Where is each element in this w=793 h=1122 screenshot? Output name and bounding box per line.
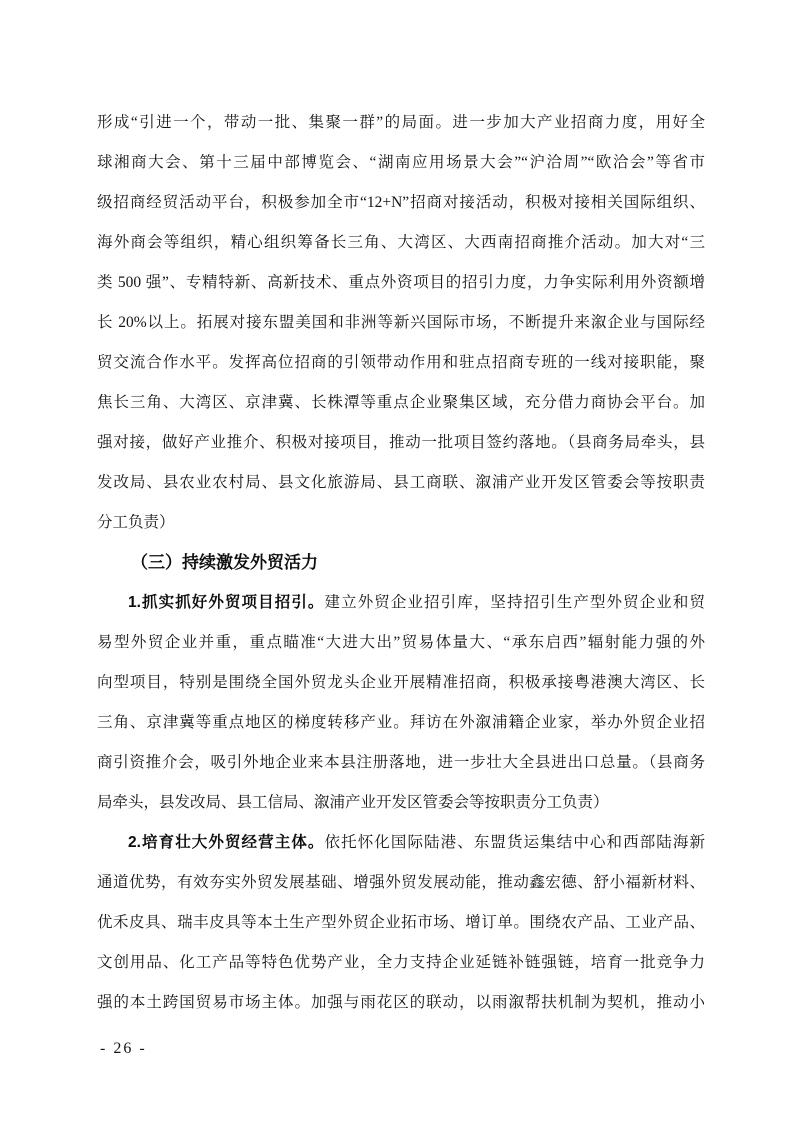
text-line: 类 500 强”、专精特新、高新技术、重点外资项目的招引力度，力争实际利用外资额… [97, 263, 705, 303]
text-line: 形成“引进一个，带动一批、集聚一群”的局面。进一步加大产业招商力度，用好全 [97, 103, 705, 143]
item1-first-line-rest: 建立外贸企业招引库，坚持招引生产型外贸企业和贸 [325, 594, 705, 611]
text-line: 发改局、县农业农村局、县文化旅游局、县工商联、溆浦产业开发区管委会等按职责 [97, 463, 705, 503]
text-line: 强对接，做好产业推介、积极对接项目，推动一批项目签约落地。（县商务局牵头，县 [97, 423, 705, 463]
text-line: 向型项目，特别是围绕全国外贸龙头企业开展精准招商，积极承接粤港澳大湾区、长 [97, 663, 705, 703]
page-body-text: 形成“引进一个，带动一批、集聚一群”的局面。进一步加大产业招商力度，用好全 球湘… [97, 103, 705, 1023]
text-line: 2.培育壮大外贸经营主体。依托怀化国际陆港、东盟货运集结中心和西部陆海新 [97, 823, 705, 863]
text-line: 分工负责） [97, 503, 705, 543]
text-line: 海外商会等组织，精心组织筹备长三角、大湾区、大西南招商推介活动。加大对“三 [97, 223, 705, 263]
section-heading: （三）持续激发外贸活力 [97, 543, 705, 583]
document-page: 形成“引进一个，带动一批、集聚一群”的局面。进一步加大产业招商力度，用好全 球湘… [0, 0, 793, 1122]
item2-lead-bold: 2.培育壮大外贸经营主体。 [128, 834, 325, 851]
item2-first-line-rest: 依托怀化国际陆港、东盟货运集结中心和西部陆海新 [325, 834, 705, 851]
text-line: 焦长三角、大湾区、京津冀、长株潭等重点企业聚集区域，充分借力商协会平台。加 [97, 383, 705, 423]
text-line: 局牵头，县发改局、县工信局、溆浦产业开发区管委会等按职责分工负责） [97, 783, 705, 823]
text-line: 强的本土跨国贸易市场主体。加强与雨花区的联动，以雨溆帮扶机制为契机，推动小 [97, 983, 705, 1023]
text-line: 商引资推介会，吸引外地企业来本县注册落地，进一步壮大全县进出口总量。（县商务 [97, 743, 705, 783]
text-line: 贸交流合作水平。发挥高位招商的引领带动作用和驻点招商专班的一线对接职能，聚 [97, 343, 705, 383]
text-line: 1.抓实抓好外贸项目招引。建立外贸企业招引库，坚持招引生产型外贸企业和贸 [97, 583, 705, 623]
text-line: 易型外贸企业并重，重点瞄准“大进大出”贸易体量大、“承东启西”辐射能力强的外 [97, 623, 705, 663]
text-line: 通道优势，有效夯实外贸发展基础、增强外贸发展动能，推动鑫宏德、舒小福新材料、 [97, 863, 705, 903]
text-line: 三角、京津冀等重点地区的梯度转移产业。拜访在外溆浦籍企业家，举办外贸企业招 [97, 703, 705, 743]
item1-lead-bold: 1.抓实抓好外贸项目招引。 [128, 594, 325, 611]
page-number: - 26 - [100, 1036, 147, 1062]
text-line: 文创用品、化工产品等特色优势产业，全力支持企业延链补链强链，培育一批竞争力 [97, 943, 705, 983]
text-line: 长 20%以上。拓展对接东盟美国和非洲等新兴国际市场，不断提升来溆企业与国际经 [97, 303, 705, 343]
text-line: 优禾皮具、瑞丰皮具等本土生产型外贸企业拓市场、增订单。围绕农产品、工业产品、 [97, 903, 705, 943]
text-line: 球湘商大会、第十三届中部博览会、“湖南应用场景大会”“沪洽周”“欧洽会”等省市 [97, 143, 705, 183]
text-line: 级招商经贸活动平台，积极参加全市“12+N”招商对接活动，积极对接相关国际组织、 [97, 183, 705, 223]
